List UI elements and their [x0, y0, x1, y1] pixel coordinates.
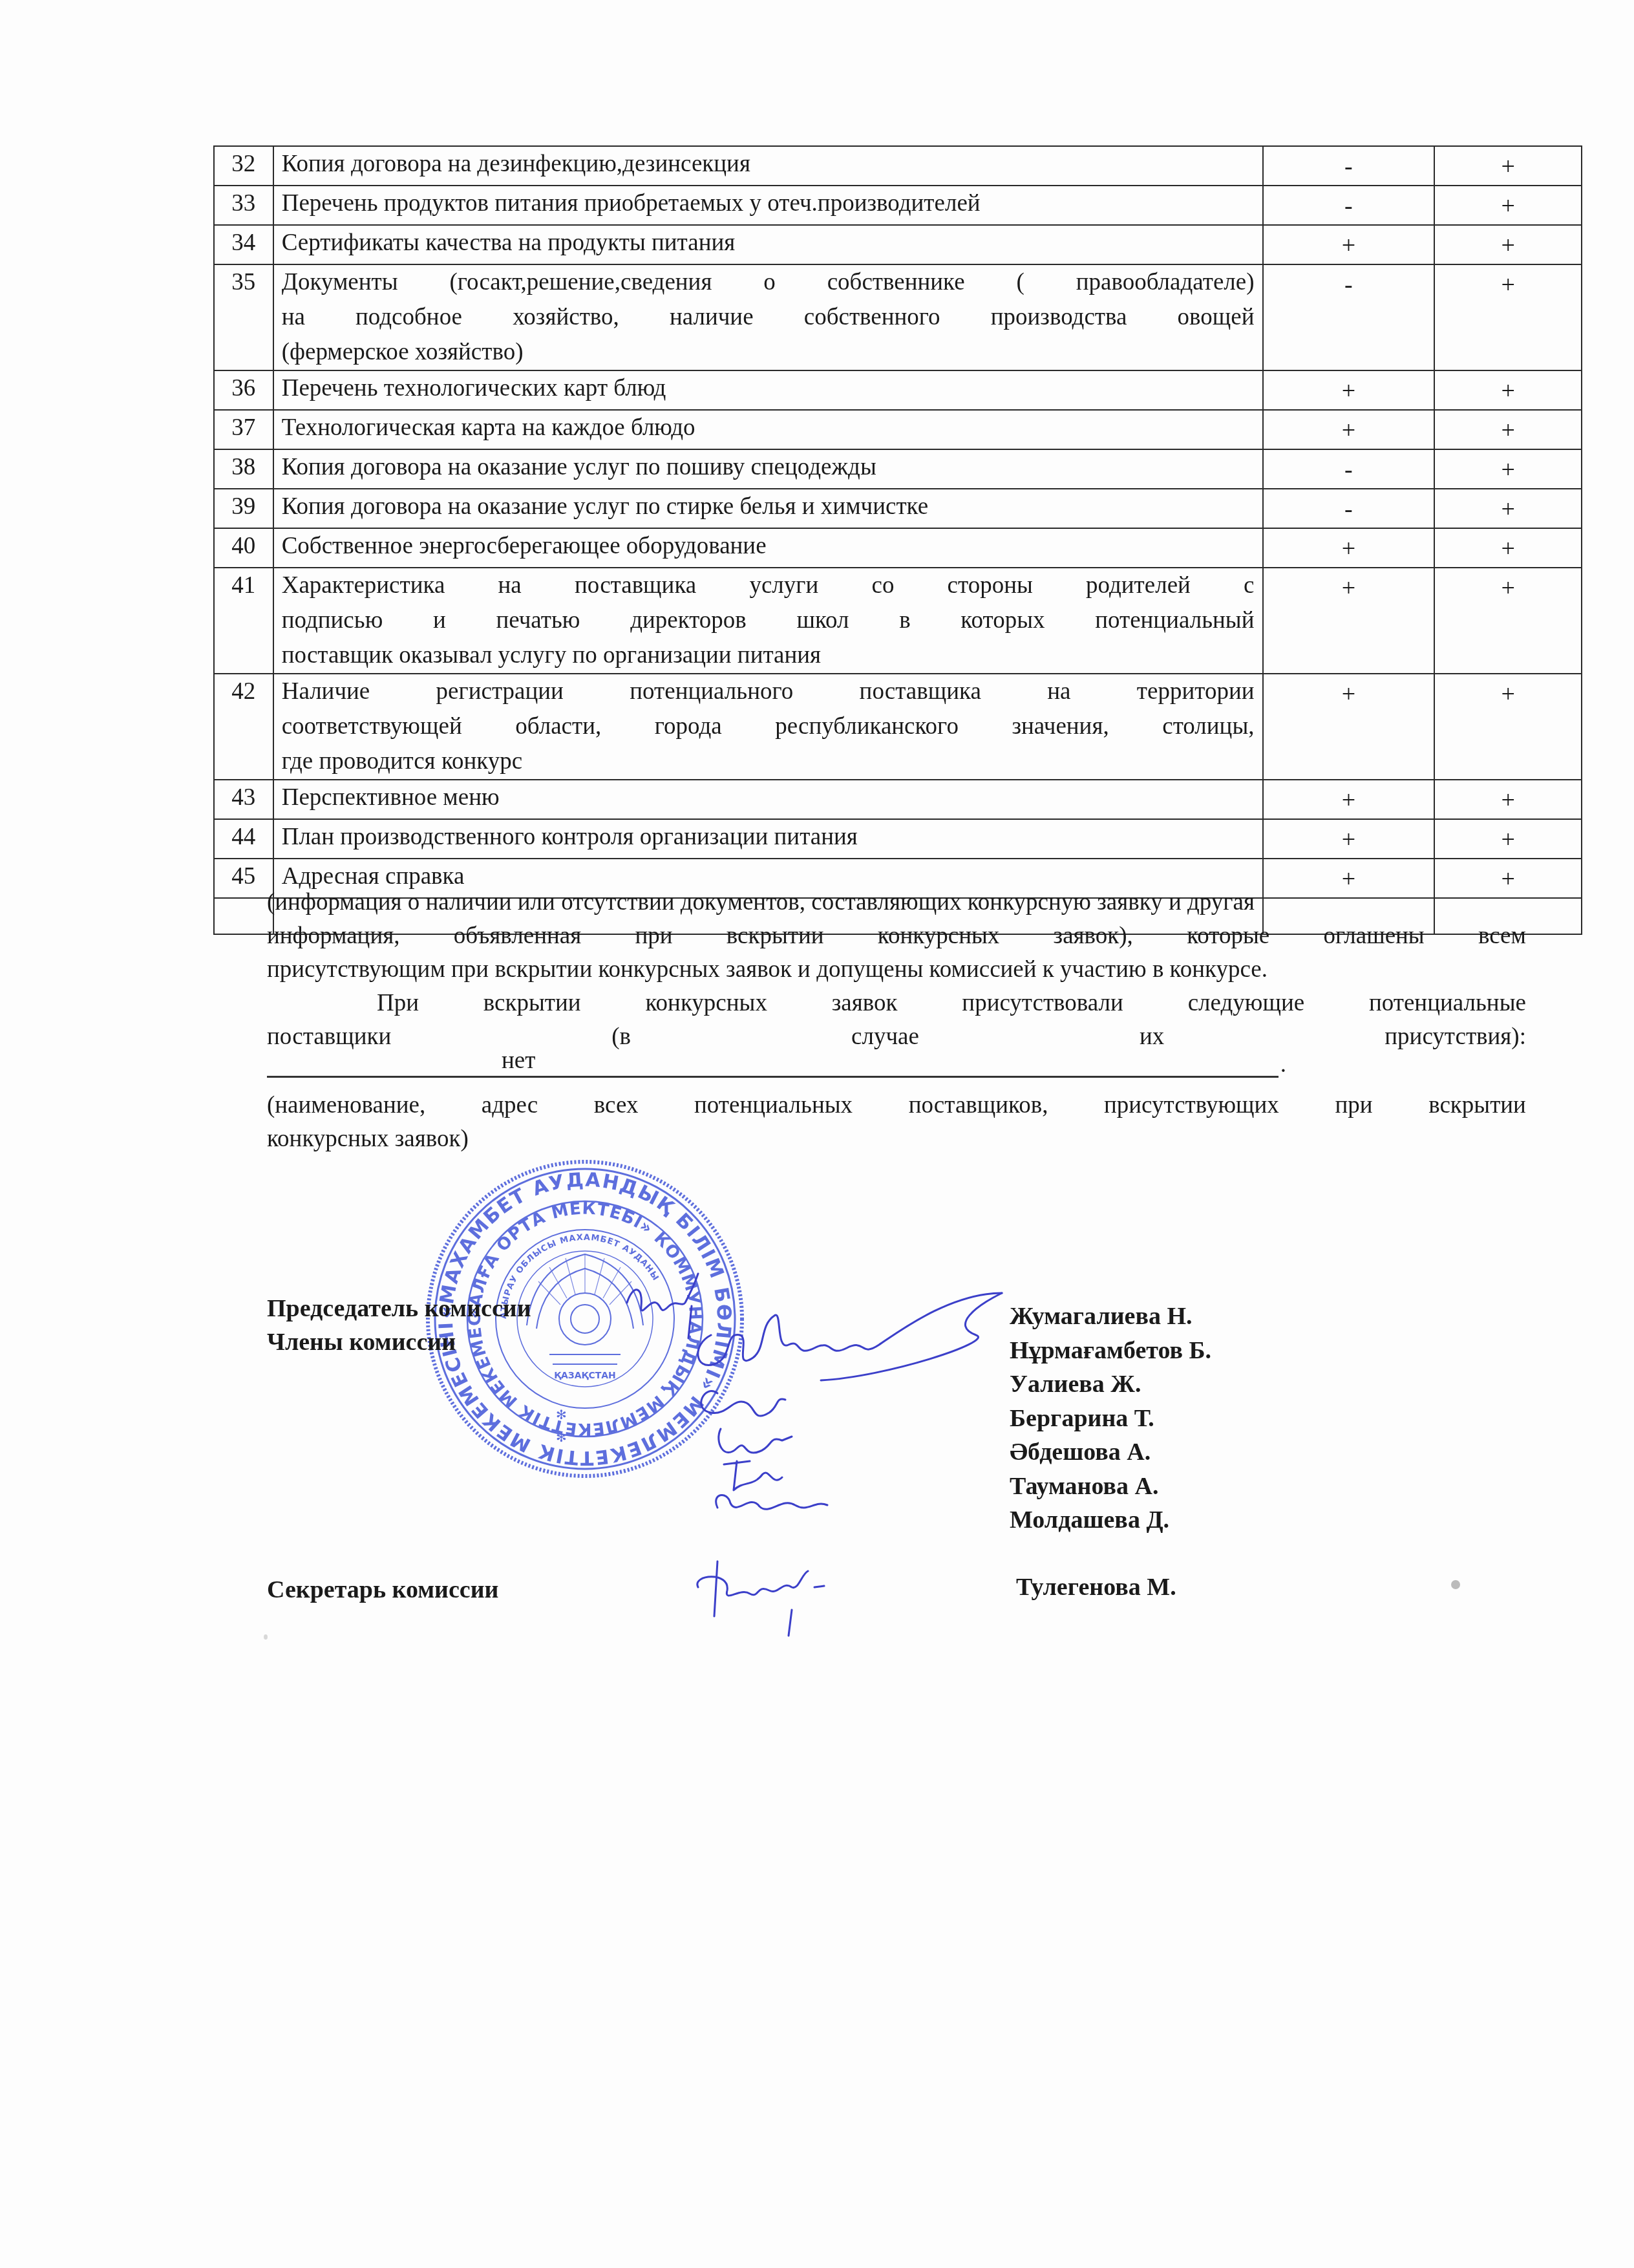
word: конкурсных	[878, 919, 999, 953]
description-line: Перспективное меню	[282, 780, 1255, 815]
plus-mark: +	[1501, 492, 1514, 527]
row-number: 34	[214, 225, 273, 264]
attendance-period: .	[1280, 1051, 1286, 1078]
description-line: Собственное энергосберегающее оборудован…	[282, 529, 1255, 564]
attendance-line-1: Привскрытииконкурсныхзаявокприсутствовал…	[267, 987, 1526, 1020]
word: оглашены	[1323, 919, 1424, 953]
status-mark-column-3: -	[1263, 264, 1435, 370]
status-mark-column-3: -	[1263, 449, 1435, 489]
table-row: 37Технологическая карта на каждое блюдо+…	[214, 410, 1582, 449]
description-line: Копия договора на оказание услуг по поши…	[282, 450, 1255, 485]
description-line: Документы (госакт,решение,сведения о соб…	[282, 265, 1255, 300]
plus-mark: +	[1501, 228, 1514, 263]
word: поставщиков,	[909, 1089, 1048, 1122]
row-number: 42	[214, 674, 273, 780]
table-row: 33Перечень продуктов питания приобретаем…	[214, 186, 1582, 225]
description-line: Копия договора на дезинфекцию,дезинсекци…	[282, 147, 1255, 182]
row-description: Копия договора на оказание услуг по стир…	[273, 489, 1263, 528]
status-mark-column-3: -	[1263, 146, 1435, 186]
row-description: Характеристика на поставщика услуги со с…	[273, 568, 1263, 674]
minus-mark: -	[1344, 268, 1353, 303]
word: При	[377, 987, 419, 1020]
info-paragraph: (информация о наличии или отсутствии док…	[267, 886, 1526, 987]
word: информация,	[267, 919, 399, 953]
status-mark-column-4: +	[1434, 186, 1582, 225]
description-line: на подсобное хозяйство, наличие собствен…	[282, 300, 1255, 335]
plus-mark: +	[1342, 531, 1355, 566]
info-text: присутствующим при вскрытии конкурсных з…	[267, 956, 1268, 983]
word: при	[1335, 1089, 1372, 1122]
signature-scribbles	[614, 1267, 1054, 1519]
commission-member-name: Тауманова А.	[1010, 1470, 1211, 1504]
plus-mark: +	[1342, 228, 1355, 263]
table-row: 39Копия договора на оказание услуг по ст…	[214, 489, 1582, 528]
plus-mark: +	[1501, 822, 1514, 857]
word: вскрытии	[483, 987, 581, 1020]
row-number: 44	[214, 819, 273, 859]
table-row: 44План производственного контроля органи…	[214, 819, 1582, 859]
secretary-name: Тулегенова М.	[1016, 1573, 1176, 1601]
commission-member-name: Әбдешова А.	[1010, 1435, 1211, 1470]
row-description: Перечень продуктов питания приобретаемых…	[273, 186, 1263, 225]
attendance-value: нет	[502, 1047, 535, 1075]
status-mark-column-4: +	[1434, 264, 1582, 370]
plus-mark: +	[1501, 453, 1514, 487]
status-mark-column-3: +	[1263, 528, 1435, 568]
plus-mark: +	[1501, 268, 1514, 303]
description-line: Наличие регистрации потенциального поста…	[282, 674, 1255, 709]
row-number: 43	[214, 780, 273, 819]
note-text: конкурсных заявок)	[267, 1126, 469, 1152]
word: вскрытии	[1428, 1089, 1526, 1122]
status-mark-column-4: +	[1434, 146, 1582, 186]
note-line-1: (наименование,адресвсехпотенциальныхпост…	[267, 1089, 1526, 1122]
paper-speck	[264, 1634, 268, 1640]
plus-mark: +	[1501, 189, 1514, 224]
info-line-1: (информация о наличии или отсутствии док…	[267, 886, 1526, 919]
status-mark-column-3: +	[1263, 225, 1435, 264]
table-row: 42Наличие регистрации потенциального пос…	[214, 674, 1582, 780]
row-number: 33	[214, 186, 273, 225]
word: адрес	[482, 1089, 538, 1122]
row-description: Копия договора на дезинфекцию,дезинсекци…	[273, 146, 1263, 186]
svg-text:ҚАЗАҚСТАН: ҚАЗАҚСТАН	[554, 1371, 616, 1381]
status-mark-column-4: +	[1434, 410, 1582, 449]
plus-mark: +	[1342, 374, 1355, 409]
plus-mark: +	[1501, 531, 1514, 566]
plus-mark: +	[1501, 413, 1514, 448]
status-mark-column-3: -	[1263, 186, 1435, 225]
row-number	[214, 898, 273, 934]
status-mark-column-4: +	[1434, 449, 1582, 489]
word: при	[635, 919, 672, 953]
row-description: Копия договора на оказание услуг по поши…	[273, 449, 1263, 489]
status-mark-column-4: +	[1434, 225, 1582, 264]
description-line: поставщик оказывал услугу по организации…	[282, 638, 1255, 673]
commission-member-name: Уалиева Ж.	[1010, 1367, 1211, 1402]
plus-mark: +	[1342, 413, 1355, 448]
description-line: Сертификаты качества на продукты питания	[282, 226, 1255, 261]
status-mark-column-3: +	[1263, 370, 1435, 410]
word: потенциальных	[694, 1089, 853, 1122]
status-mark-column-3: +	[1263, 674, 1435, 780]
members-label: Члены комиссии	[267, 1325, 456, 1359]
description-line: Характеристика на поставщика услуги со с…	[282, 568, 1255, 603]
table-row: 43Перспективное меню++	[214, 780, 1582, 819]
word: присутствующих	[1104, 1089, 1279, 1122]
minus-mark: -	[1344, 453, 1353, 487]
row-number: 38	[214, 449, 273, 489]
status-mark-column-3: +	[1263, 780, 1435, 819]
word: которые	[1187, 919, 1269, 953]
word: всех	[594, 1089, 639, 1122]
chair-label: Председатель комиссии	[267, 1292, 531, 1325]
plus-mark: +	[1342, 822, 1355, 857]
status-mark-column-4: +	[1434, 674, 1582, 780]
secretary-label: Секретарь комиссии	[267, 1573, 499, 1607]
status-mark-column-4: +	[1434, 819, 1582, 859]
table-row: 32Копия договора на дезинфекцию,дезинсек…	[214, 146, 1582, 186]
word: конкурсных	[645, 987, 767, 1020]
attendance-note: (наименование,адресвсехпотенциальныхпост…	[267, 1089, 1526, 1156]
word: всем	[1478, 919, 1526, 953]
commission-member-name: Бергарина Т.	[1010, 1402, 1211, 1436]
secretary-signature	[685, 1555, 840, 1645]
row-number: 39	[214, 489, 273, 528]
row-description: Собственное энергосберегающее оборудован…	[273, 528, 1263, 568]
row-number: 37	[214, 410, 273, 449]
description-line: Перечень продуктов питания приобретаемых…	[282, 186, 1255, 221]
svg-text:✻: ✻	[556, 1431, 567, 1445]
commission-member-name: Молдашева Д.	[1010, 1503, 1211, 1537]
status-mark-column-4: +	[1434, 568, 1582, 674]
word: вскрытии	[727, 919, 824, 953]
info-text: (информация о наличии или отсутствии док…	[267, 886, 1255, 919]
row-description: Перспективное меню	[273, 780, 1263, 819]
commission-names: Жумагалиева Н.Нұрмағамбетов Б.Уалиева Ж.…	[1010, 1300, 1211, 1537]
minus-mark: -	[1344, 189, 1353, 224]
description-line: соответствующей области, города республи…	[282, 709, 1255, 744]
status-mark-column-4: +	[1434, 780, 1582, 819]
info-line-2: информация,объявленнаяпривскрытииконкурс…	[267, 919, 1526, 953]
plus-mark: +	[1501, 571, 1514, 606]
plus-mark: +	[1342, 571, 1355, 606]
paper-speck	[1451, 1580, 1460, 1589]
status-mark-column-4: +	[1434, 489, 1582, 528]
plus-mark: +	[1501, 783, 1514, 818]
word: (наименование,	[267, 1089, 425, 1122]
row-description: Наличие регистрации потенциального поста…	[273, 674, 1263, 780]
table-row: 35Документы (госакт,решение,сведения о с…	[214, 264, 1582, 370]
row-description: Документы (госакт,решение,сведения о соб…	[273, 264, 1263, 370]
row-description: План производственного контроля организа…	[273, 819, 1263, 859]
commission-member-name: Нұрмағамбетов Б.	[1010, 1334, 1211, 1368]
word: присутствовали	[962, 987, 1123, 1020]
row-number: 32	[214, 146, 273, 186]
attendance-field: нет .	[267, 1043, 1279, 1078]
status-mark-column-4: +	[1434, 370, 1582, 410]
word: присутствия):	[1385, 1020, 1526, 1054]
word: заявок),	[1054, 919, 1133, 953]
commission-member-name: Жумагалиева Н.	[1010, 1300, 1211, 1334]
note-line-2: конкурсных заявок)	[267, 1122, 1526, 1156]
status-mark-column-4: +	[1434, 528, 1582, 568]
row-description: Технологическая карта на каждое блюдо	[273, 410, 1263, 449]
plus-mark: +	[1501, 677, 1514, 712]
word: заявок	[832, 987, 898, 1020]
status-mark-column-3: -	[1263, 489, 1435, 528]
minus-mark: -	[1344, 492, 1353, 527]
status-mark-column-3: +	[1263, 819, 1435, 859]
description-line: План производственного контроля организа…	[282, 820, 1255, 855]
row-description: Сертификаты качества на продукты питания	[273, 225, 1263, 264]
svg-text:✻: ✻	[556, 1408, 567, 1422]
description-line: (фермерское хозяйство)	[282, 335, 1255, 370]
word: следующие	[1188, 987, 1305, 1020]
plus-mark: +	[1342, 783, 1355, 818]
table-row: 34Сертификаты качества на продукты питан…	[214, 225, 1582, 264]
table-row: 40Собственное энергосберегающее оборудов…	[214, 528, 1582, 568]
plus-mark: +	[1501, 374, 1514, 409]
description-line: Перечень технологических карт блюд	[282, 371, 1255, 406]
row-number: 45	[214, 859, 273, 898]
description-line: Копия договора на оказание услуг по стир…	[282, 489, 1255, 524]
table-row: 38Копия договора на оказание услуг по по…	[214, 449, 1582, 489]
row-number: 36	[214, 370, 273, 410]
info-line-3: присутствующим при вскрытии конкурсных з…	[267, 953, 1526, 987]
description-line: подписью и печатью директоров школ в кот…	[282, 603, 1255, 638]
row-number: 35	[214, 264, 273, 370]
status-mark-column-3: +	[1263, 410, 1435, 449]
document-page: 32Копия договора на дезинфекцию,дезинсек…	[0, 0, 1634, 2268]
row-number: 41	[214, 568, 273, 674]
row-description: Перечень технологических карт блюд	[273, 370, 1263, 410]
status-mark-column-3: +	[1263, 568, 1435, 674]
word: объявленная	[454, 919, 581, 953]
table-row: 41Характеристика на поставщика услуги со…	[214, 568, 1582, 674]
plus-mark: +	[1342, 677, 1355, 712]
documents-checklist-table: 32Копия договора на дезинфекцию,дезинсек…	[213, 145, 1582, 935]
plus-mark: +	[1501, 149, 1514, 184]
table-row: 36Перечень технологических карт блюд++	[214, 370, 1582, 410]
minus-mark: -	[1344, 149, 1353, 184]
row-number: 40	[214, 528, 273, 568]
description-line: где проводится конкурс	[282, 744, 1255, 779]
description-line: Технологическая карта на каждое блюдо	[282, 411, 1255, 445]
word: потенциальные	[1369, 987, 1526, 1020]
